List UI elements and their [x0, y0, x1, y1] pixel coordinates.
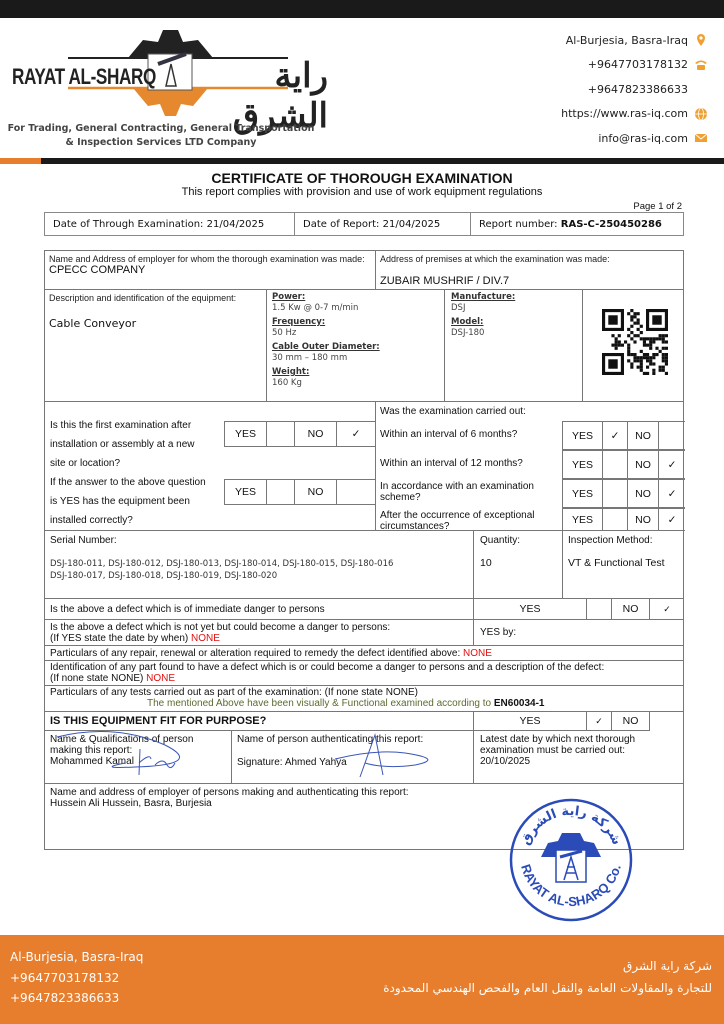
contact-phone-2: +9647823386633	[561, 77, 708, 102]
yes-by-cell: YES by:	[474, 620, 684, 646]
serial-line-2: DSJ-180-017, DSJ-180-018, DSJ-180-019, D…	[50, 570, 468, 582]
contact-address: Al-Burjesia, Basra-Iraq	[561, 28, 708, 53]
model-label: Model:	[451, 317, 483, 327]
footer-address: Al-Burjesia, Basra-Iraq	[10, 947, 143, 968]
exam-date-label: Date of Through Examination:	[53, 219, 203, 230]
document-title: CERTIFICATE OF THOROUGH EXAMINATION	[0, 170, 724, 186]
fit-no-box[interactable]	[650, 712, 684, 731]
carried-out-yes-label: YES	[563, 422, 603, 449]
equipment-cell: Description and identification of the eq…	[45, 290, 267, 402]
method-label: Inspection Method:	[568, 535, 679, 546]
report-number-cell: Report number: RAS-C-250450286	[471, 213, 683, 235]
date-strip: Date of Through Examination: 21/04/2025 …	[44, 212, 684, 236]
no-label: NO	[295, 480, 337, 504]
carried-out-question: Within an interval of 12 months?	[380, 458, 550, 469]
contact-info: Al-Burjesia, Basra-Iraq +9647703178132 +…	[561, 28, 708, 151]
contact-email[interactable]: info@ras-iq.com	[561, 126, 708, 151]
carried-out-yes-label: YES	[563, 509, 603, 530]
footer-phone-2: +9647823386633	[10, 988, 143, 1009]
fit-yes-label: YES	[474, 712, 587, 731]
maker-label-line-2: making this report:	[50, 745, 226, 756]
contact-phone-1: +9647703178132	[561, 53, 708, 78]
document-subtitle: This report complies with provision and …	[0, 186, 724, 198]
carried-out-yes-no: YESNO✓	[562, 508, 685, 531]
fit-for-purpose-question: IS THIS EQUIPMENT FIT FOR PURPOSE?	[45, 712, 474, 731]
defect-part-value: NONE	[146, 673, 175, 684]
tests-question: Particulars of any tests carried out as …	[50, 687, 679, 698]
report-date-cell: Date of Report: 21/04/2025	[295, 213, 471, 235]
carried-out-yes-no: YES✓NO	[562, 421, 685, 450]
manufacture-value: DSJ	[451, 303, 576, 314]
quantity-cell: Quantity: 10	[474, 531, 563, 599]
installed-q-line-1: If the answer to the above question	[50, 473, 206, 492]
immediate-danger-no-box[interactable]: ✓	[650, 599, 684, 620]
examination-form: Name and Address of employer for whom th…	[44, 250, 684, 850]
carried-out-question: Within an interval of 6 months?	[380, 429, 550, 440]
first-exam-q-line-3: site or location?	[50, 454, 195, 473]
phone-2-text: +9647823386633	[588, 83, 688, 96]
qr-code-icon[interactable]	[602, 309, 668, 375]
method-cell: Inspection Method: VT & Functional Test	[563, 531, 684, 599]
top-dark-bar	[0, 0, 724, 18]
next-exam-cell: Latest date by which next thorough exami…	[474, 731, 684, 784]
defect-part-q-line-1: Identification of any part found to have…	[50, 662, 679, 673]
authenticator-cell: Name of person authenticating this repor…	[232, 731, 474, 784]
next-exam-label-line-1: Latest date by which next thorough	[480, 734, 678, 745]
carried-out-question: In accordance with an examination scheme…	[380, 481, 550, 503]
next-exam-date: 20/10/2025	[480, 756, 678, 767]
auth-name: Signature: Ahmed Yahya	[237, 757, 468, 768]
weight-label: Weight:	[272, 367, 309, 377]
future-danger-q-line-2: (If YES state the date by when)	[50, 633, 188, 644]
tests-note: The mentioned Above have been visually &…	[147, 698, 491, 709]
immediate-danger-yes-box[interactable]	[587, 599, 612, 620]
premises-value: ZUBAIR MUSHRIF / DIV.7	[380, 276, 680, 287]
future-danger-cell: Is the above a defect which is not yet b…	[45, 620, 474, 646]
premises-label: Address of premises at which the examina…	[380, 254, 680, 265]
website-link[interactable]: https://www.ras-iq.com	[561, 107, 688, 120]
footer-contacts: Al-Burjesia, Basra-Iraq +9647703178132 +…	[10, 947, 143, 1009]
installed-q-line-3: installed correctly?	[50, 511, 206, 530]
equipment-label: Description and identification of the eq…	[49, 293, 262, 304]
carried-out-no-label: NO	[628, 422, 659, 449]
carried-out-no-box[interactable]: ✓	[659, 480, 685, 507]
logo-text-en: RAYAT AL-SHARQ	[12, 64, 156, 90]
manufacture-label: Manufacture:	[451, 292, 515, 302]
employer-cell: Name and Address of employer for whom th…	[45, 251, 376, 290]
maker-name: Mohammed Kamal	[50, 756, 226, 767]
location-pin-icon	[694, 33, 708, 47]
email-link[interactable]: info@ras-iq.com	[598, 132, 688, 145]
defect-part-q-line-2: (If none state NONE)	[50, 673, 143, 684]
tagline-line-1: For Trading, General Contracting, Genera…	[0, 122, 322, 136]
employer-value: CPECC COMPANY	[49, 265, 371, 276]
footer-arabic-line-1: شركة راية الشرق	[383, 955, 712, 977]
tests-cell: Particulars of any tests carried out as …	[45, 686, 684, 712]
page-number: Page 1 of 2	[633, 201, 682, 212]
immediate-danger-question: Is the above a defect which is of immedi…	[45, 599, 474, 620]
frequency-value: 50 Hz	[272, 328, 439, 339]
carried-out-no-box[interactable]	[659, 422, 685, 449]
quantity-label: Quantity:	[480, 535, 556, 546]
repair-question: Particulars of any repair, renewal or al…	[50, 648, 460, 659]
contact-website[interactable]: https://www.ras-iq.com	[561, 102, 708, 127]
company-logo: RAYAT AL-SHARQ راية الشرق	[8, 24, 328, 119]
first-exam-no-box[interactable]: ✓	[337, 422, 375, 446]
address-text: Al-Burjesia, Basra-Iraq	[566, 34, 688, 47]
report-date-label: Date of Report:	[303, 219, 379, 230]
first-exam-q-line-2: installation or assembly at a new	[50, 435, 195, 454]
immediate-danger-no-label: NO	[612, 599, 650, 620]
future-danger-value: NONE	[191, 633, 220, 644]
installed-question: If the answer to the above question is Y…	[50, 473, 206, 530]
maker-cell: Name & Qualifications of person making t…	[45, 731, 232, 784]
manufacture-cell: Manufacture: DSJ Model: DSJ-180	[445, 290, 583, 402]
header-divider	[41, 158, 724, 164]
carried-out-no-label: NO	[628, 480, 659, 507]
repair-value: NONE	[463, 648, 492, 659]
footer-arabic-line-2: للتجارة والمقاولات العامة والنقل العام و…	[383, 977, 712, 999]
immediate-danger-yes-label: YES	[474, 599, 587, 620]
defect-part-cell: Identification of any part found to have…	[45, 661, 684, 686]
carried-out-yes-no: YESNO✓	[562, 450, 685, 479]
yes-label: YES	[225, 480, 267, 504]
company-tagline: For Trading, General Contracting, Genera…	[0, 122, 322, 150]
frequency-label: Frequency:	[272, 317, 325, 327]
model-value: DSJ-180	[451, 328, 576, 339]
first-exam-q-line-1: Is this the first examination after	[50, 416, 195, 435]
carried-out-yes-label: YES	[563, 480, 603, 507]
installed-yes-no: YES NO	[224, 479, 376, 505]
future-danger-q-line-1: Is the above a defect which is not yet b…	[50, 622, 468, 633]
diameter-value: 30 mm – 180 mm	[272, 353, 439, 364]
exam-date-cell: Date of Through Examination: 21/04/2025	[45, 213, 295, 235]
envelope-icon	[694, 131, 708, 145]
exam-date-value: 21/04/2025	[207, 219, 265, 230]
next-exam-label-line-2: examination must be carried out:	[480, 745, 678, 756]
installed-yes-box[interactable]	[267, 480, 295, 504]
telephone-icon	[694, 58, 708, 72]
installed-no-box[interactable]	[337, 480, 375, 504]
report-date-value: 21/04/2025	[383, 219, 441, 230]
carried-out-yes-no: YESNO✓	[562, 479, 685, 508]
weight-value: 160 Kg	[272, 378, 439, 389]
first-exam-yes-box[interactable]	[267, 422, 295, 446]
first-exam-question: Is this the first examination after inst…	[50, 416, 195, 473]
header-divider-accent	[0, 158, 41, 164]
carried-out-label: Was the examination carried out:	[380, 406, 526, 417]
company-stamp-icon: شركة راية الشرق RAYAT AL-SHARQ Co.	[506, 795, 636, 925]
serial-label: Serial Number:	[50, 535, 468, 546]
fit-yes-box[interactable]: ✓	[587, 712, 612, 731]
quantity-value: 10	[480, 558, 556, 569]
carried-out-no-box[interactable]: ✓	[659, 509, 685, 530]
installed-q-line-2: is YES has the equipment been	[50, 492, 206, 511]
tests-standard: EN60034-1	[494, 698, 545, 709]
report-number-value: RAS-C-250450286	[561, 219, 662, 230]
carried-out-question: After the occurrence of exceptional circ…	[380, 510, 550, 532]
globe-icon	[694, 107, 708, 121]
power-value: 1.5 Kw @ 0-7 m/min	[272, 303, 439, 314]
no-label: NO	[295, 422, 337, 446]
carried-out-yes-box[interactable]	[603, 509, 628, 530]
auth-label: Name of person authenticating this repor…	[237, 734, 468, 745]
serial-line-1: DSJ-180-011, DSJ-180-012, DSJ-180-013, D…	[50, 558, 468, 570]
carried-out-yes-box[interactable]: ✓	[603, 422, 628, 449]
report-number-label: Report number:	[479, 219, 558, 230]
equipment-value: Cable Conveyor	[49, 318, 262, 329]
carried-out-no-label: NO	[628, 509, 659, 530]
footer: Al-Burjesia, Basra-Iraq +9647703178132 +…	[0, 935, 724, 1024]
repair-cell: Particulars of any repair, renewal or al…	[45, 646, 684, 661]
carried-out-no-label: NO	[628, 451, 659, 478]
carried-out-no-box[interactable]: ✓	[659, 451, 685, 478]
method-value: VT & Functional Test	[568, 558, 679, 569]
footer-arabic: شركة راية الشرق للتجارة والمقاولات العام…	[383, 955, 712, 999]
power-label: Power:	[272, 292, 305, 302]
carried-out-yes-label: YES	[563, 451, 603, 478]
carried-out-yes-box[interactable]	[603, 451, 628, 478]
footer-phone-1: +9647703178132	[10, 968, 143, 989]
first-exam-yes-no: YES NO ✓	[224, 421, 376, 447]
phone-1-text: +9647703178132	[588, 58, 688, 71]
serial-cell: Serial Number: DSJ-180-011, DSJ-180-012,…	[45, 531, 474, 599]
premises-cell: Address of premises at which the examina…	[376, 251, 684, 290]
diameter-label: Cable Outer Diameter:	[272, 342, 380, 352]
maker-label-line-1: Name & Qualifications of person	[50, 734, 226, 745]
carried-out-yes-box[interactable]	[603, 480, 628, 507]
tagline-line-2: & Inspection Services LTD Company	[0, 136, 322, 150]
yes-label: YES	[225, 422, 267, 446]
equipment-specs-cell: Power: 1.5 Kw @ 0-7 m/min Frequency: 50 …	[267, 290, 445, 402]
fit-no-label: NO	[612, 712, 650, 731]
